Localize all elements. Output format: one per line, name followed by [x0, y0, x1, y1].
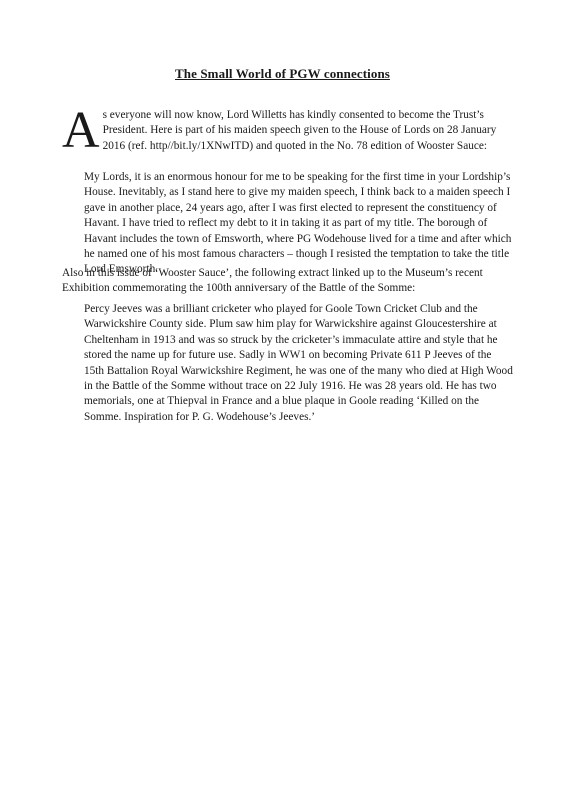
- percy-jeeves-quote: Percy Jeeves was a brilliant cricketer w…: [84, 302, 514, 425]
- maiden-speech-quote: My Lords, it is an enormous honour for m…: [84, 170, 514, 278]
- document-page: The Small World of PGW connections As ev…: [0, 0, 565, 800]
- drop-cap: A: [62, 111, 100, 151]
- wooster-sauce-paragraph: Also in this issue of ‘Wooster Sauce’, t…: [62, 266, 517, 297]
- intro-paragraph: As everyone will now know, Lord Willetts…: [62, 108, 514, 154]
- intro-text: s everyone will now know, Lord Willetts …: [103, 109, 497, 152]
- document-title: The Small World of PGW connections: [0, 66, 565, 82]
